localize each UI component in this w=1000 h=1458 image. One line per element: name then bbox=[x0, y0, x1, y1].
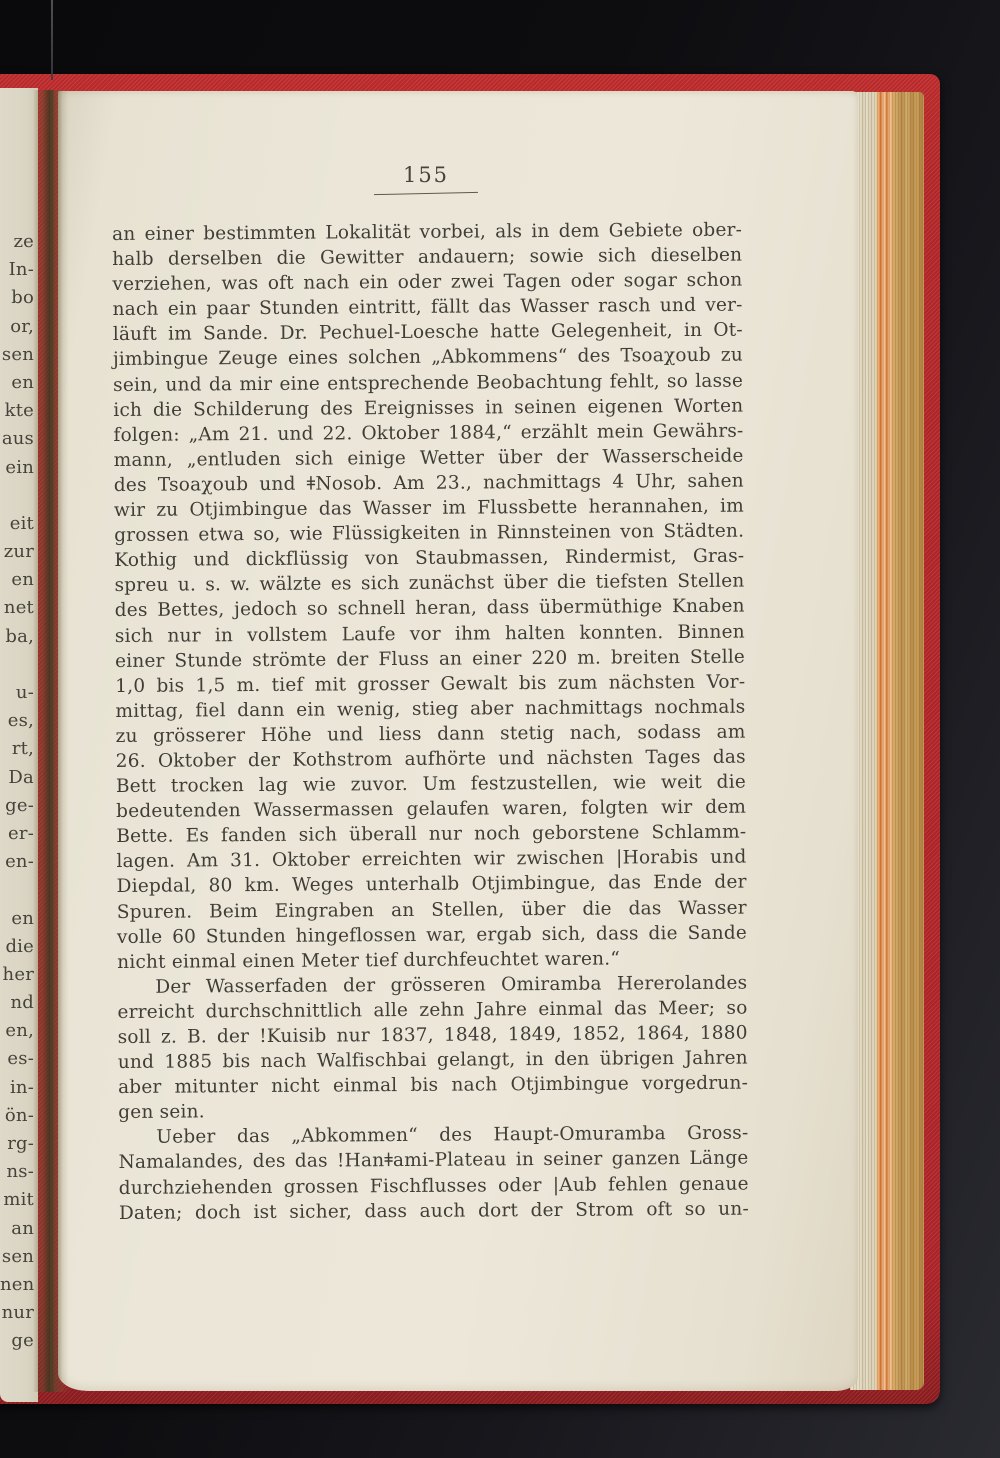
page-header: 155 bbox=[112, 163, 740, 194]
facing-line-fragment: sen bbox=[0, 1243, 34, 1271]
facing-line-fragment: kte bbox=[0, 397, 34, 425]
facing-line-fragment: es- bbox=[0, 1045, 34, 1073]
facing-line-fragment: net bbox=[0, 594, 34, 622]
facing-line-fragment: bo bbox=[0, 284, 34, 312]
text-line: sich nur in vollstem Laufe vor ihm halte… bbox=[115, 619, 745, 648]
facing-line-fragment: en- bbox=[0, 848, 34, 876]
facing-line-fragment: ön- bbox=[0, 1102, 34, 1130]
facing-line-fragment: en bbox=[0, 369, 34, 397]
facing-line-fragment: ein bbox=[0, 454, 34, 482]
facing-line-fragment: rg- bbox=[0, 1130, 34, 1158]
facing-line-fragment bbox=[0, 876, 34, 904]
facing-line-fragment: eit bbox=[0, 510, 34, 538]
facing-line-fragment: rt, bbox=[0, 735, 34, 763]
text-line: Diepdal, 80 km. Weges unterhalb Otjimbin… bbox=[117, 870, 747, 899]
facing-line-fragment: en, bbox=[0, 1017, 34, 1045]
facing-line-fragment: u- bbox=[0, 679, 34, 707]
facing-line-fragment: In- bbox=[0, 256, 34, 284]
text-line: sein, und da mir eine entsprechende Beob… bbox=[113, 368, 743, 397]
facing-line-fragment: zur bbox=[0, 538, 34, 566]
text-line: jimbingue Zeuge eines solchen „Abkommens… bbox=[113, 343, 743, 372]
text-line: Spuren. Beim Eingraben an Stellen, über … bbox=[117, 895, 747, 924]
facing-line-fragment: aus bbox=[0, 425, 34, 453]
facing-line-fragment: ba, bbox=[0, 623, 34, 651]
facing-line-fragment: en bbox=[0, 905, 34, 933]
fore-edge-pages bbox=[850, 92, 924, 1390]
facing-line-fragment: mit bbox=[0, 1186, 34, 1214]
gutter-shadow bbox=[33, 90, 69, 1392]
facing-line-fragment: en bbox=[0, 566, 34, 594]
facing-line-fragment: ns- bbox=[0, 1158, 34, 1186]
text-line: des Bettes, jedoch so schnell heran, das… bbox=[115, 594, 745, 623]
facing-line-fragment: nur bbox=[0, 1299, 34, 1327]
book-photo: ze In- bo or, sen en kte aus ein eit zur… bbox=[0, 0, 1000, 1458]
text-line: Daten; doch ist sicher, dass auch dort d… bbox=[119, 1196, 749, 1225]
book-page: 155 an einer bestimmten Lokalität vorbei… bbox=[58, 91, 858, 1391]
facing-line-fragment: es, bbox=[0, 707, 34, 735]
text-line: volle 60 Stunden hingeflossen war, ergab… bbox=[117, 920, 747, 949]
facing-line-fragment: an bbox=[0, 1215, 34, 1243]
facing-line-fragment: nen bbox=[0, 1271, 34, 1299]
facing-line-fragment: ge bbox=[0, 1327, 34, 1355]
page-number: 155 bbox=[112, 163, 740, 187]
facing-line-fragment: ge- bbox=[0, 792, 34, 820]
facing-line-fragment: er- bbox=[0, 820, 34, 848]
text-line: durchziehenden grossen Fischflusses oder… bbox=[119, 1171, 749, 1200]
facing-line-fragment bbox=[0, 482, 34, 510]
facing-line-fragment: die bbox=[0, 933, 34, 961]
facing-line-fragment: sen bbox=[0, 341, 34, 369]
facing-line-fragment: or, bbox=[0, 313, 34, 341]
facing-line-fragment: ze bbox=[0, 228, 34, 256]
text-block: an einer bestimmten Lokalität vorbei, al… bbox=[112, 218, 749, 1226]
page-number-underline bbox=[374, 192, 478, 195]
facing-line-fragment: in- bbox=[0, 1074, 34, 1102]
facing-line-fragment: her bbox=[0, 961, 34, 989]
facing-line-fragment: Da bbox=[0, 764, 34, 792]
text-line: aber mitunter nicht einmal bis nach Otji… bbox=[118, 1071, 748, 1100]
facing-line-fragment bbox=[0, 651, 34, 679]
thread-edge-line bbox=[51, 0, 53, 80]
facing-line-fragment: nd bbox=[0, 989, 34, 1017]
text-line: Namalandes, des das !Hanǂami-Plateau in … bbox=[118, 1146, 748, 1175]
